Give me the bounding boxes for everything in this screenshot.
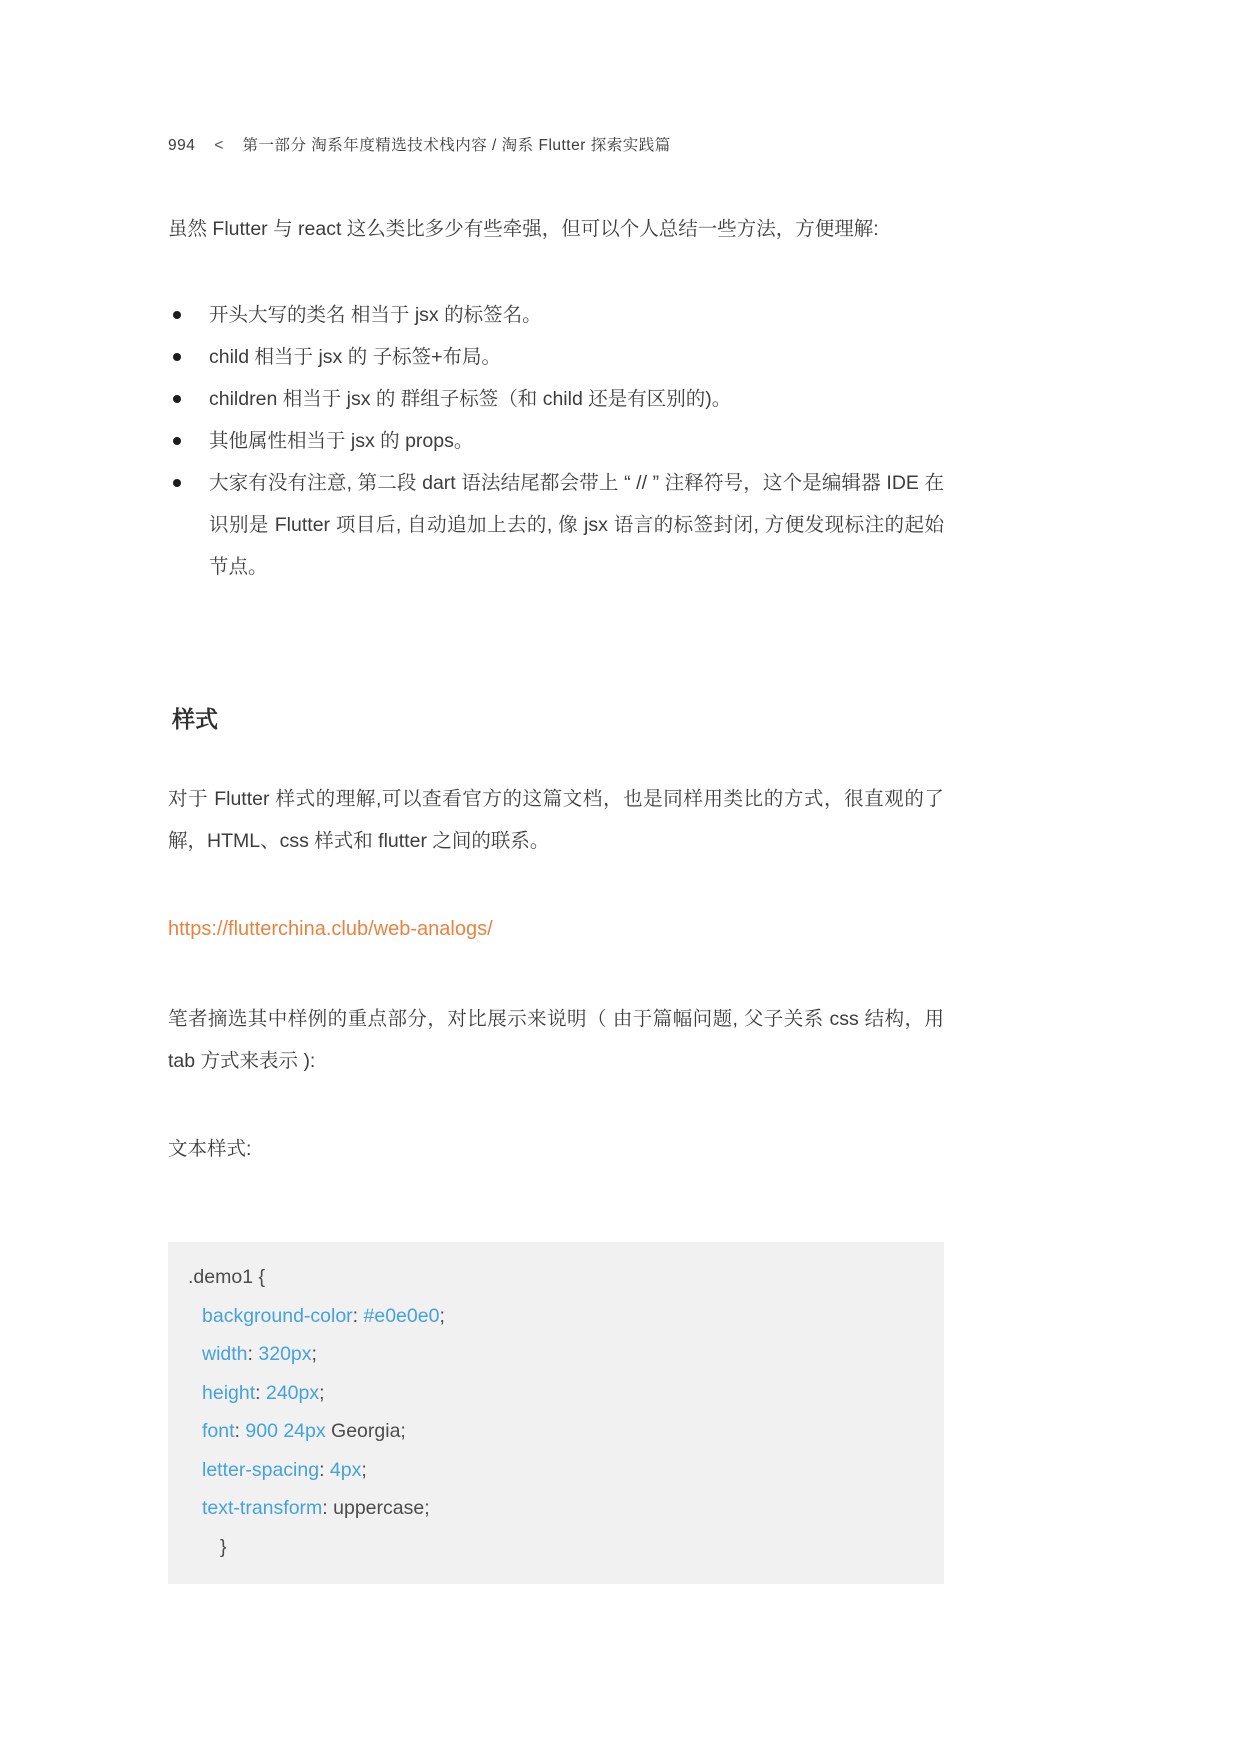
code-token: letter-spacing — [202, 1459, 319, 1481]
list-item: children 相当于 jsx 的 群组子标签（和 child 还是有区别的)… — [168, 378, 944, 420]
page-number: 994 — [168, 136, 195, 156]
intro-paragraph: 虽然 Flutter 与 react 这么类比多少有些牵强，但可以个人总结一些方… — [168, 208, 944, 250]
code-token: : — [248, 1343, 259, 1365]
document-page: 994 < 第一部分 淘系年度精选技术栈内容 / 淘系 Flutter 探索实践… — [0, 0, 1240, 1755]
code-token: uppercase; — [333, 1497, 429, 1519]
code-token: Georgia; — [326, 1420, 406, 1442]
code-token: } — [220, 1536, 227, 1558]
list-item-text: 大家有没有注意, 第二段 dart 语法结尾都会带上 “ // ” 注释符号，这… — [209, 462, 944, 588]
page-header: 994 < 第一部分 淘系年度精选技术栈内容 / 淘系 Flutter 探索实践… — [168, 136, 944, 156]
code-line: .demo1 { — [188, 1258, 922, 1297]
external-link[interactable]: https://flutterchina.club/web-analogs/ — [168, 914, 493, 944]
code-token: : — [255, 1382, 266, 1404]
code-line: font: 900 24px Georgia; — [188, 1412, 922, 1451]
bullet-icon — [173, 311, 181, 319]
code-token: : — [322, 1497, 333, 1519]
list-item-text: child 相当于 jsx 的 子标签+布局。 — [209, 336, 944, 378]
bullet-icon — [173, 395, 181, 403]
code-token: 240px — [266, 1382, 319, 1404]
code-token: : — [353, 1305, 364, 1327]
code-line: } — [188, 1528, 922, 1567]
style-paragraph: 对于 Flutter 样式的理解,可以查看官方的这篇文档，也是同样用类比的方式，… — [168, 778, 944, 862]
code-line: background-color: #e0e0e0; — [188, 1297, 922, 1336]
code-token: ; — [312, 1343, 317, 1365]
bullet-list: 开头大写的类名 相当于 jsx 的标签名。child 相当于 jsx 的 子标签… — [168, 294, 944, 588]
code-token: 4px — [330, 1459, 361, 1481]
chevron-left-icon: < — [214, 136, 223, 156]
code-token: font — [202, 1420, 235, 1442]
list-item: 开头大写的类名 相当于 jsx 的标签名。 — [168, 294, 944, 336]
code-token: background-color — [202, 1305, 353, 1327]
code-token: ; — [361, 1459, 366, 1481]
bullet-icon — [173, 479, 181, 487]
list-item-text: 其他属性相当于 jsx 的 props。 — [209, 420, 944, 462]
code-token: width — [202, 1343, 248, 1365]
code-token: ; — [319, 1382, 324, 1404]
code-line: height: 240px; — [188, 1374, 922, 1413]
bullet-icon — [173, 437, 181, 445]
code-line: text-transform: uppercase; — [188, 1489, 922, 1528]
code-token: : — [319, 1459, 330, 1481]
code-token: height — [202, 1382, 255, 1404]
code-token: ; — [439, 1305, 444, 1327]
breadcrumb: 第一部分 淘系年度精选技术栈内容 / 淘系 Flutter 探索实践篇 — [242, 136, 670, 156]
code-token: #e0e0e0 — [364, 1305, 440, 1327]
code-line: letter-spacing: 4px; — [188, 1451, 922, 1490]
code-token: : — [235, 1420, 246, 1442]
code-block: .demo1 {background-color: #e0e0e0;width:… — [168, 1242, 944, 1584]
code-label: 文本样式: — [168, 1128, 944, 1170]
list-item: child 相当于 jsx 的 子标签+布局。 — [168, 336, 944, 378]
list-item: 大家有没有注意, 第二段 dart 语法结尾都会带上 “ // ” 注释符号，这… — [168, 462, 944, 588]
code-token: 900 24px — [245, 1420, 325, 1442]
example-intro-paragraph: 笔者摘选其中样例的重点部分，对比展示来说明（ 由于篇幅问题, 父子关系 css … — [168, 998, 944, 1082]
code-line: width: 320px; — [188, 1335, 922, 1374]
code-token: 320px — [258, 1343, 311, 1365]
content-column: 994 < 第一部分 淘系年度精选技术栈内容 / 淘系 Flutter 探索实践… — [168, 0, 944, 1584]
list-item-text: 开头大写的类名 相当于 jsx 的标签名。 — [209, 294, 944, 336]
list-item: 其他属性相当于 jsx 的 props。 — [168, 420, 944, 462]
bullet-icon — [173, 353, 181, 361]
section-heading: 样式 — [172, 704, 944, 734]
list-item-text: children 相当于 jsx 的 群组子标签（和 child 还是有区别的)… — [209, 378, 944, 420]
code-token: .demo1 { — [188, 1266, 265, 1288]
code-token: text-transform — [202, 1497, 322, 1519]
